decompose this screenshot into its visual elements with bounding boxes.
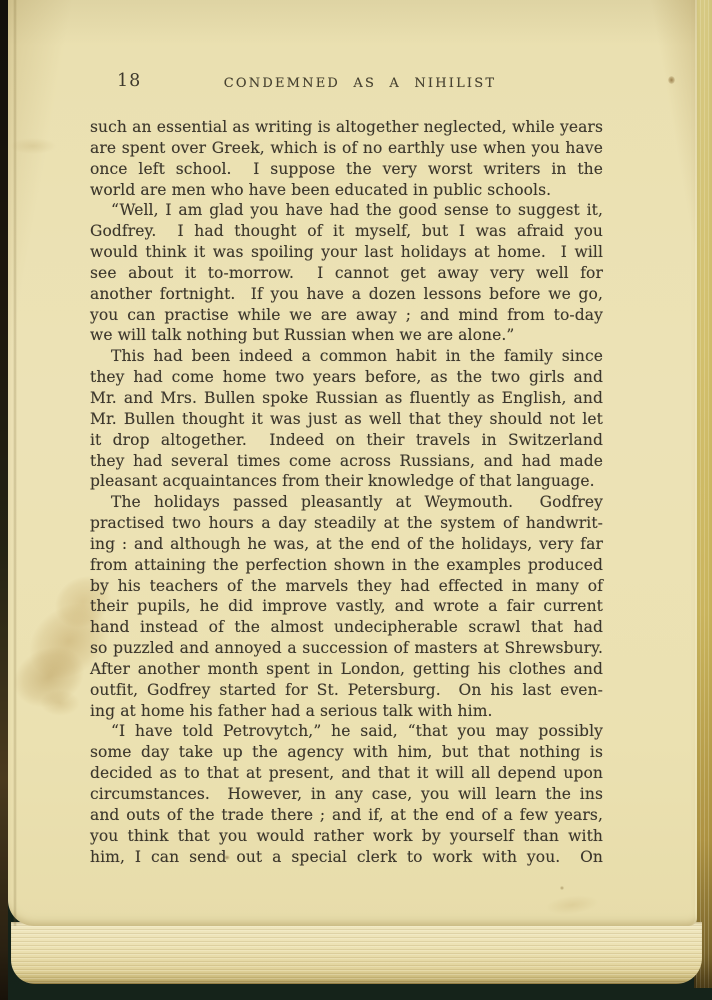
text-line: ing : and although he was, at the end of…: [90, 534, 603, 555]
text-line: Mr. and Mrs. Bullen spoke Russian as flu…: [90, 388, 603, 409]
text-line: decided as to that at present, and that …: [90, 763, 603, 784]
gutter-crease: [13, 0, 17, 926]
text-line: world are men who have been educated in …: [90, 180, 603, 201]
text-line: Mr. Bullen thought it was just as well t…: [90, 409, 603, 430]
text-line: After another month spent in London, get…: [90, 659, 603, 680]
text-line: The holidays passed pleasantly at Weymou…: [90, 492, 603, 513]
text-line: pleasant acquaintances from their knowle…: [90, 471, 603, 492]
text-line: “I have told Petrovytch,” he said, “that…: [90, 721, 603, 742]
text-line: outfit, Godfrey started for St. Petersbu…: [90, 680, 603, 701]
text-line: you think that you would rather work by …: [90, 826, 603, 847]
text-line: their pupils, he did improve vastly, and…: [90, 596, 603, 617]
text-line: are spent over Greek, which is of no ear…: [90, 138, 603, 159]
running-header: CONDEMNED AS A NIHILIST: [140, 76, 580, 91]
text-line: once left school. I suppose the very wor…: [90, 159, 603, 180]
text-line: by his teachers of the marvels they had …: [90, 576, 603, 597]
scanned-book-photo: 18 CONDEMNED AS A NIHILIST such an essen…: [0, 0, 712, 1000]
text-line: some day take up the agency with him, bu…: [90, 742, 603, 763]
text-line: would think it was spoiling your last ho…: [90, 242, 603, 263]
text-line: circumstances. However, in any case, you…: [90, 784, 603, 805]
paragraph: such an essential as writing is altogeth…: [90, 117, 603, 200]
text-line: hand instead of the almost undecipherabl…: [90, 617, 603, 638]
page-stack-bottom-edge: [11, 922, 702, 984]
text-line: “Well, I am glad you have had the good s…: [90, 200, 603, 221]
text-line: so puzzled and annoyed a succession of m…: [90, 638, 603, 659]
paragraph: “I have told Petrovytch,” he said, “that…: [90, 721, 603, 867]
text-line: ing at home his father had a serious tal…: [90, 701, 603, 722]
text-line: him, I can send out a special clerk to w…: [90, 847, 603, 868]
text-line: we will talk nothing but Russian when we…: [90, 325, 603, 346]
page-number: 18: [117, 71, 141, 91]
text-line: such an essential as writing is altogeth…: [90, 117, 603, 138]
text-line: see about it to-morrow. I cannot get awa…: [90, 263, 603, 284]
paragraph: This had been indeed a common habit in t…: [90, 346, 603, 492]
text-line: practised two hours a day steadily at th…: [90, 513, 603, 534]
text-line: it drop altogether. Indeed on their trav…: [90, 430, 603, 451]
text-line: they had several times come across Russi…: [90, 451, 603, 472]
text-line: from attaining the perfection shown in t…: [90, 555, 603, 576]
text-line: you can practise while we are away ; and…: [90, 305, 603, 326]
text-line: they had come home two years before, as …: [90, 367, 603, 388]
book-binding-edge: [0, 0, 8, 1000]
text-line: This had been indeed a common habit in t…: [90, 346, 603, 367]
paragraph: The holidays passed pleasantly at Weymou…: [90, 492, 603, 721]
text-line: and outs of the trade there ; and if, at…: [90, 805, 603, 826]
paragraph: “Well, I am glad you have had the good s…: [90, 200, 603, 346]
text-line: another fortnight. If you have a dozen l…: [90, 284, 603, 305]
text-line: Godfrey. I had thought of it myself, but…: [90, 221, 603, 242]
body-text: such an essential as writing is altogeth…: [90, 117, 603, 867]
